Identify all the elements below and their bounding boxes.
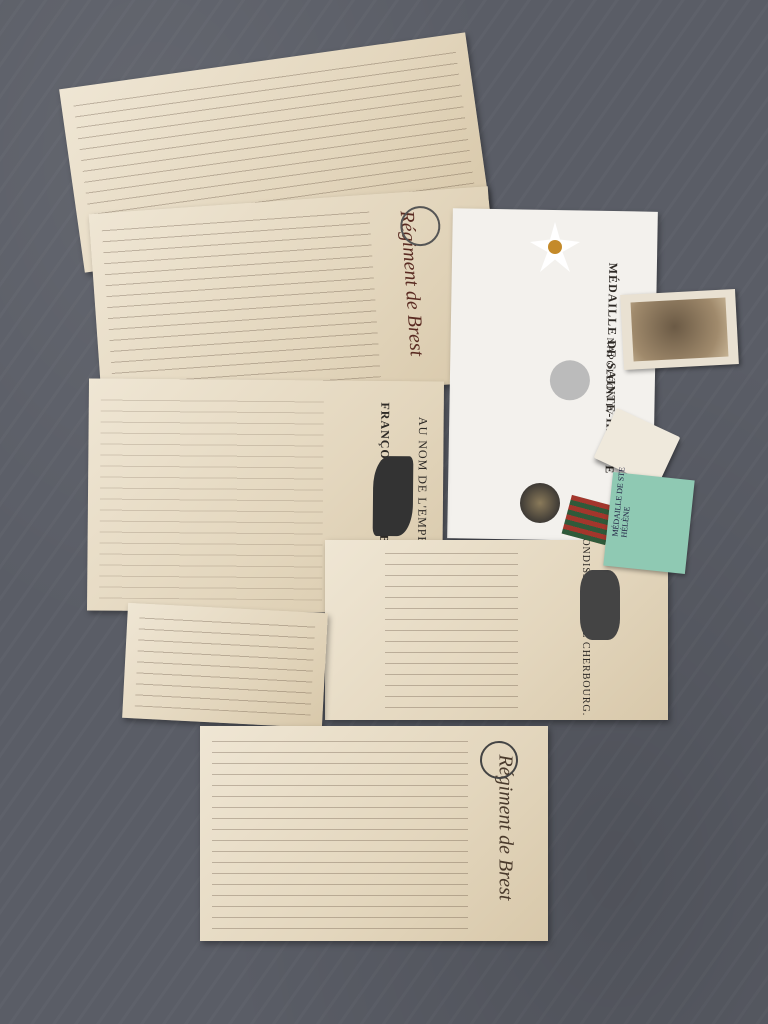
sainte-helene-medal-icon [520,483,560,523]
seal-icon-2 [480,741,518,779]
document-cherbourg: ARRONDISSEMENT DE CHERBOURG. [325,540,668,720]
document-handwritten-lower-left [122,603,328,728]
medal-engraving-icon [550,360,591,401]
document-regiment-brest-2: Régiment de Brest [200,726,548,941]
crest-icon [580,570,620,640]
photograph [620,289,739,370]
sainte-helene-ticket: MÉDAILLE DE STE HÉLÈNE [603,472,694,574]
certificate-emperor: NAPOLÉON IV [603,337,615,415]
document-regiment-brest-1: Régiment de Brest [89,186,502,408]
eagle-crest-icon [373,456,414,536]
legion-honneur-icon [530,222,580,272]
